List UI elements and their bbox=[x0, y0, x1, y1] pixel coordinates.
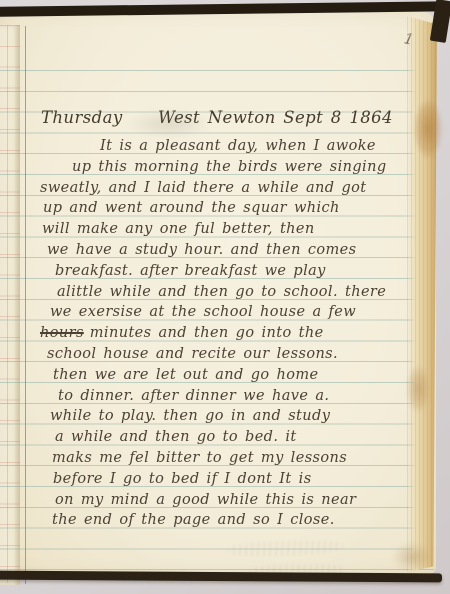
entry-line: breakfast. after breakfast we play bbox=[55, 261, 420, 282]
page-edge-stack bbox=[407, 16, 437, 572]
diary-scan: 1 Thursday West Newton Sept 8 1864 It is… bbox=[0, 0, 450, 594]
entry-line: to dinner. after dinner we have a. bbox=[58, 386, 420, 407]
entry-line: It is a pleasant day, when I awoke bbox=[100, 136, 420, 157]
entry-line: on my mind a good while this is near bbox=[55, 490, 420, 511]
entry-line: up this morning the birds were singing bbox=[72, 157, 420, 178]
entry-line-text: minutes and then go into the bbox=[90, 325, 324, 341]
struck-word: hours bbox=[40, 325, 84, 341]
entry-line: the end of the page and so I close. bbox=[52, 510, 420, 531]
entry-line: up and went around the squar which bbox=[43, 198, 420, 219]
entry-body: It is a pleasant day, when I awoke up th… bbox=[40, 136, 420, 531]
day-label: Thursday bbox=[41, 108, 123, 127]
entry-line: will make any one ful better, then bbox=[42, 219, 420, 240]
entry-line: while to play. then go in and study bbox=[50, 406, 420, 427]
margin-line bbox=[25, 26, 26, 584]
entry-line: alittle while and then go to school. the… bbox=[57, 282, 420, 303]
dateline: West Newton Sept 8 1864 bbox=[158, 108, 393, 127]
diary-page: 1 Thursday West Newton Sept 8 1864 It is… bbox=[0, 11, 436, 575]
entry-line-with-strikeout: hoursminutes and then go into the bbox=[40, 323, 420, 344]
entry-line: then we are let out and go home bbox=[53, 365, 420, 386]
entry-line: a while and then go to bed. it bbox=[55, 427, 420, 448]
entry-line: we have a study hour. and then comes bbox=[47, 240, 420, 261]
entry-line: sweatly, and I laid there a while and go… bbox=[40, 178, 420, 199]
entry-line: we exersise at the school house a few bbox=[50, 302, 420, 323]
entry-line: maks me fel bitter to get my lessons bbox=[52, 448, 420, 469]
entry-line: school house and recite our lessons. bbox=[47, 344, 420, 365]
entry-line: before I go to bed if I dont It is bbox=[53, 469, 420, 490]
